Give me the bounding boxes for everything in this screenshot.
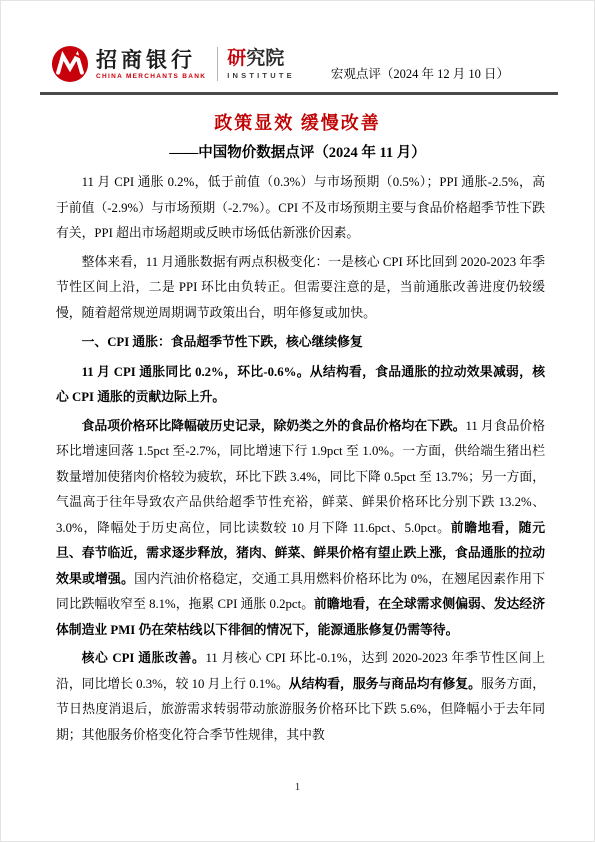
bank-name-block: 招商银行 CHINA MERCHANTS BANK xyxy=(96,49,206,80)
body-paragraph: 11 月 CPI 通胀 0.2%，低于前值（0.3%）与市场预期（0.5%）；P… xyxy=(56,170,545,247)
institute-name-rest: 究院 xyxy=(246,48,284,69)
page-number: 1 xyxy=(1,781,594,793)
institute-name-en: INSTITUTE xyxy=(227,71,295,80)
text-run: 整体来看，11 月通胀数据有两点积极变化：一是核心 CPI 环比回到 2020-… xyxy=(56,255,545,320)
report-body: 11 月 CPI 通胀 0.2%，低于前值（0.3%）与市场预期（0.5%）；P… xyxy=(56,170,545,751)
text-run: 11 月 CPI 通胀 0.2%，低于前值（0.3%）与市场预期（0.5%）；P… xyxy=(56,175,545,240)
institute-name-highlight: 研 xyxy=(227,48,246,69)
body-paragraph: 11 月 CPI 通胀同比 0.2%，环比-0.6%。从结构看，食品通胀的拉动效… xyxy=(56,360,545,411)
cmb-logo-icon xyxy=(51,45,89,83)
institute-name: 研究院 xyxy=(227,49,295,69)
institute-block: 研究院 INSTITUTE xyxy=(227,49,295,80)
text-run: 食品项价格环比降幅破历史记录，除奶类之外的食品价格均在下跌。 xyxy=(82,419,466,433)
body-paragraph: 食品项价格环比降幅破历史记录，除奶类之外的食品价格均在下跌。11 月食品价格环比… xyxy=(56,414,545,644)
bank-name-en: CHINA MERCHANTS BANK xyxy=(96,73,206,80)
text-run: 一、CPI 通胀：食品超季节性下跌，核心继续修复 xyxy=(82,335,363,349)
text-run: 11 月 CPI 通胀同比 0.2%，环比-0.6%。从结构看，食品通胀的拉动效… xyxy=(56,365,545,405)
report-subtitle: ——中国物价数据点评（2024 年 11 月） xyxy=(1,141,594,162)
section-heading: 一、CPI 通胀：食品超季节性下跌，核心继续修复 xyxy=(56,330,545,356)
body-paragraph: 整体来看，11 月通胀数据有两点积极变化：一是核心 CPI 环比回到 2020-… xyxy=(56,250,545,327)
text-run: 从结构看，服务与商品均有修复。 xyxy=(289,677,481,691)
text-run: 11 月食品价格环比增速回落 1.5pct 至-2.7%，同比增速下行 1.9p… xyxy=(56,419,545,535)
bank-brand: 招商银行 CHINA MERCHANTS BANK 研究院 INSTITUTE xyxy=(51,45,295,83)
header-divider-rule xyxy=(40,92,558,95)
bank-name: 招商银行 xyxy=(96,49,206,71)
report-title: 政策显效 缓慢改善 xyxy=(1,109,594,135)
brand-divider xyxy=(217,47,218,81)
text-run: 核心 CPI 通胀改善。 xyxy=(82,651,206,665)
report-type-and-date: 宏观点评（2024 年 12 月 10 日） xyxy=(331,64,509,82)
body-paragraph: 核心 CPI 通胀改善。11 月核心 CPI 环比-0.1%，达到 2020-2… xyxy=(56,646,545,748)
document-page: 招商银行 CHINA MERCHANTS BANK 研究院 INSTITUTE … xyxy=(0,0,595,842)
